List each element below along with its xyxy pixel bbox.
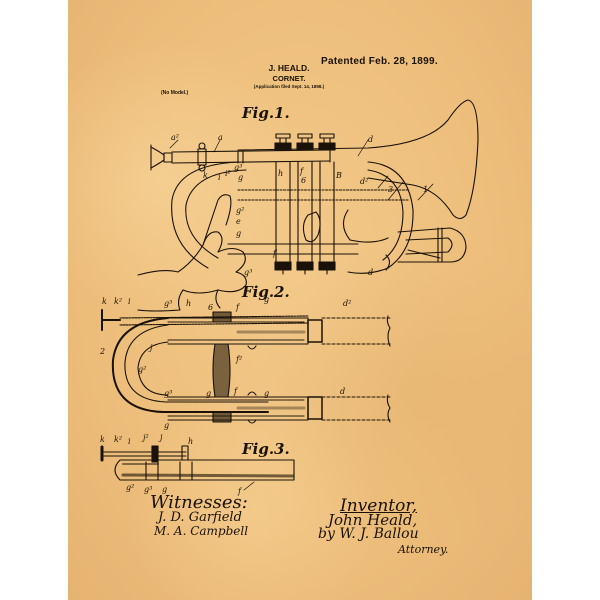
svg-text:i: i [218,173,221,182]
svg-text:g²: g² [236,206,244,215]
svg-text:g: g [236,229,241,238]
svg-text:3: 3 [388,185,393,194]
svg-text:j²: j² [141,433,149,442]
svg-text:g²: g² [138,365,146,374]
svg-text:h: h [188,437,193,446]
svg-text:j: j [148,343,153,352]
svg-text:i: i [128,437,131,446]
svg-text:g²: g² [126,483,134,492]
svg-text:i: i [128,297,131,306]
patent-drawing: a²ad kii² g³gh f6B d²31 g²eg g³fd [68,0,532,600]
svg-text:d: d [368,135,373,144]
patent-sheet: Patented Feb. 28, 1899. J. HEALD. CORNET… [68,0,532,600]
svg-text:1: 1 [423,185,428,194]
svg-text:g³: g³ [244,268,252,277]
svg-text:g: g [164,421,169,430]
svg-text:B: B [335,171,342,180]
svg-text:d: d [368,268,373,277]
svg-text:k²: k² [114,435,122,444]
svg-text:d²: d² [360,177,368,186]
svg-text:f: f [233,387,239,396]
svg-text:g: g [206,389,211,398]
witness-1-signature: J. D. Garfield [158,510,242,525]
svg-text:a: a [218,133,223,142]
svg-text:e: e [236,217,241,226]
figure-1-cornet [138,100,478,311]
attorney-signature: by W. J. Ballou [318,526,419,542]
svg-text:g³: g³ [234,163,242,172]
svg-text:h: h [186,299,191,308]
svg-text:k: k [203,171,208,180]
svg-text:f: f [299,167,305,176]
svg-text:f: f [235,303,241,312]
witness-2-signature: M. A. Campbell [154,524,248,538]
svg-text:k: k [100,435,105,444]
svg-text:a²: a² [171,133,179,142]
svg-text:k²: k² [114,297,122,306]
svg-text:f²: f² [235,355,242,364]
svg-text:d²: d² [343,299,351,308]
svg-text:g: g [238,173,243,182]
svg-text:k: k [102,297,107,306]
svg-text:2: 2 [99,347,105,356]
svg-text:6: 6 [301,176,306,185]
attorney-label: Attorney. [398,543,448,556]
svg-text:g: g [264,389,269,398]
svg-text:h: h [278,169,283,178]
svg-text:g³: g³ [164,389,172,398]
svg-text:i²: i² [225,169,231,178]
svg-text:g: g [264,295,269,304]
svg-text:g³: g³ [164,299,172,308]
svg-text:d: d [340,387,345,396]
svg-text:j: j [158,433,163,442]
svg-text:6: 6 [208,303,213,312]
